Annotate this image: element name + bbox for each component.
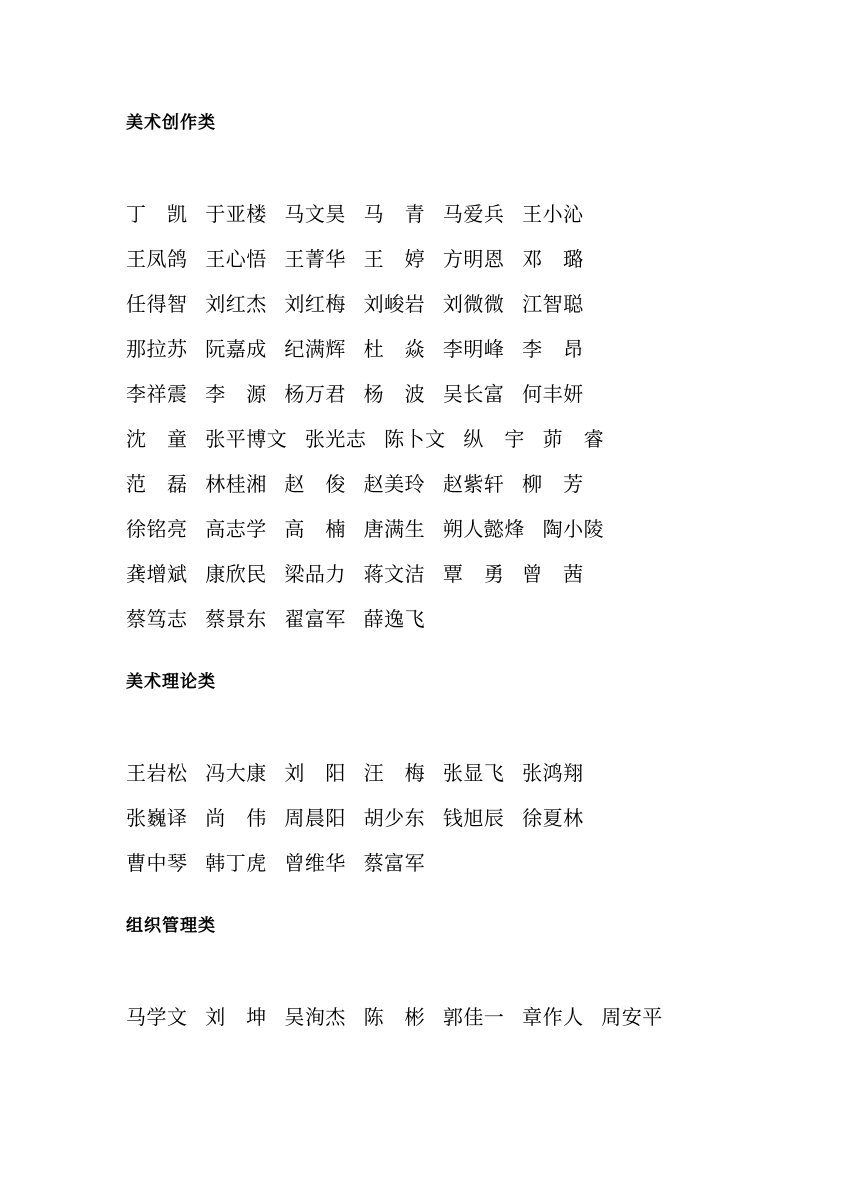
name-row: 范 磊 林桂湘 赵 俊 赵美玲 赵紫轩 柳 芳 [126,472,748,496]
section-art-creation: 美术创作类 丁 凯 于亚楼 马文昊 马 青 马爱兵 王小沁 王凤鸽 王心悟 王菁… [126,112,748,631]
name-row: 张巍译 尚 伟 周晨阳 胡少东 钱旭辰 徐夏林 [126,806,748,830]
name-row: 王凤鸽 王心悟 王菁华 王 婷 方明恩 邓 璐 [126,247,748,271]
name-row: 任得智 刘红杰 刘红梅 刘峻岩 刘微微 江智聪 [126,292,748,316]
name-row: 那拉苏 阮嘉成 纪满辉 杜 焱 李明峰 李 昂 [126,337,748,361]
name-row: 蔡笃志 蔡景东 翟富军 薛逸飞 [126,607,748,631]
name-row: 龚增斌 康欣民 梁品力 蒋文洁 覃 勇 曾 茜 [126,562,748,586]
section-art-theory: 美术理论类 王岩松 冯大康 刘 阳 汪 梅 张显飞 张鸿翔 张巍译 尚 伟 周晨… [126,671,748,875]
document-page: 美术创作类 丁 凯 于亚楼 马文昊 马 青 马爱兵 王小沁 王凤鸽 王心悟 王菁… [0,0,848,1200]
section-organization-management: 组织管理类 马学文 刘 坤 吴洵杰 陈 彬 郭佳一 章作人 周安平 [126,915,748,1029]
name-row: 王岩松 冯大康 刘 阳 汪 梅 张显飞 张鸿翔 [126,761,748,785]
name-row: 李祥震 李 源 杨万君 杨 波 吴长富 何丰妍 [126,382,748,406]
name-row: 徐铭亮 高志学 高 楠 唐满生 朔人懿烽 陶小陵 [126,517,748,541]
section-heading: 美术创作类 [126,112,748,134]
name-row: 沈 童 张平博文 张光志 陈卜文 纵 宇 茆 睿 [126,427,748,451]
name-row: 曹中琴 韩丁虎 曾维华 蔡富军 [126,851,748,875]
section-heading: 美术理论类 [126,671,748,693]
section-heading: 组织管理类 [126,915,748,937]
name-row: 丁 凯 于亚楼 马文昊 马 青 马爱兵 王小沁 [126,202,748,226]
name-row: 马学文 刘 坤 吴洵杰 陈 彬 郭佳一 章作人 周安平 [126,1005,748,1029]
